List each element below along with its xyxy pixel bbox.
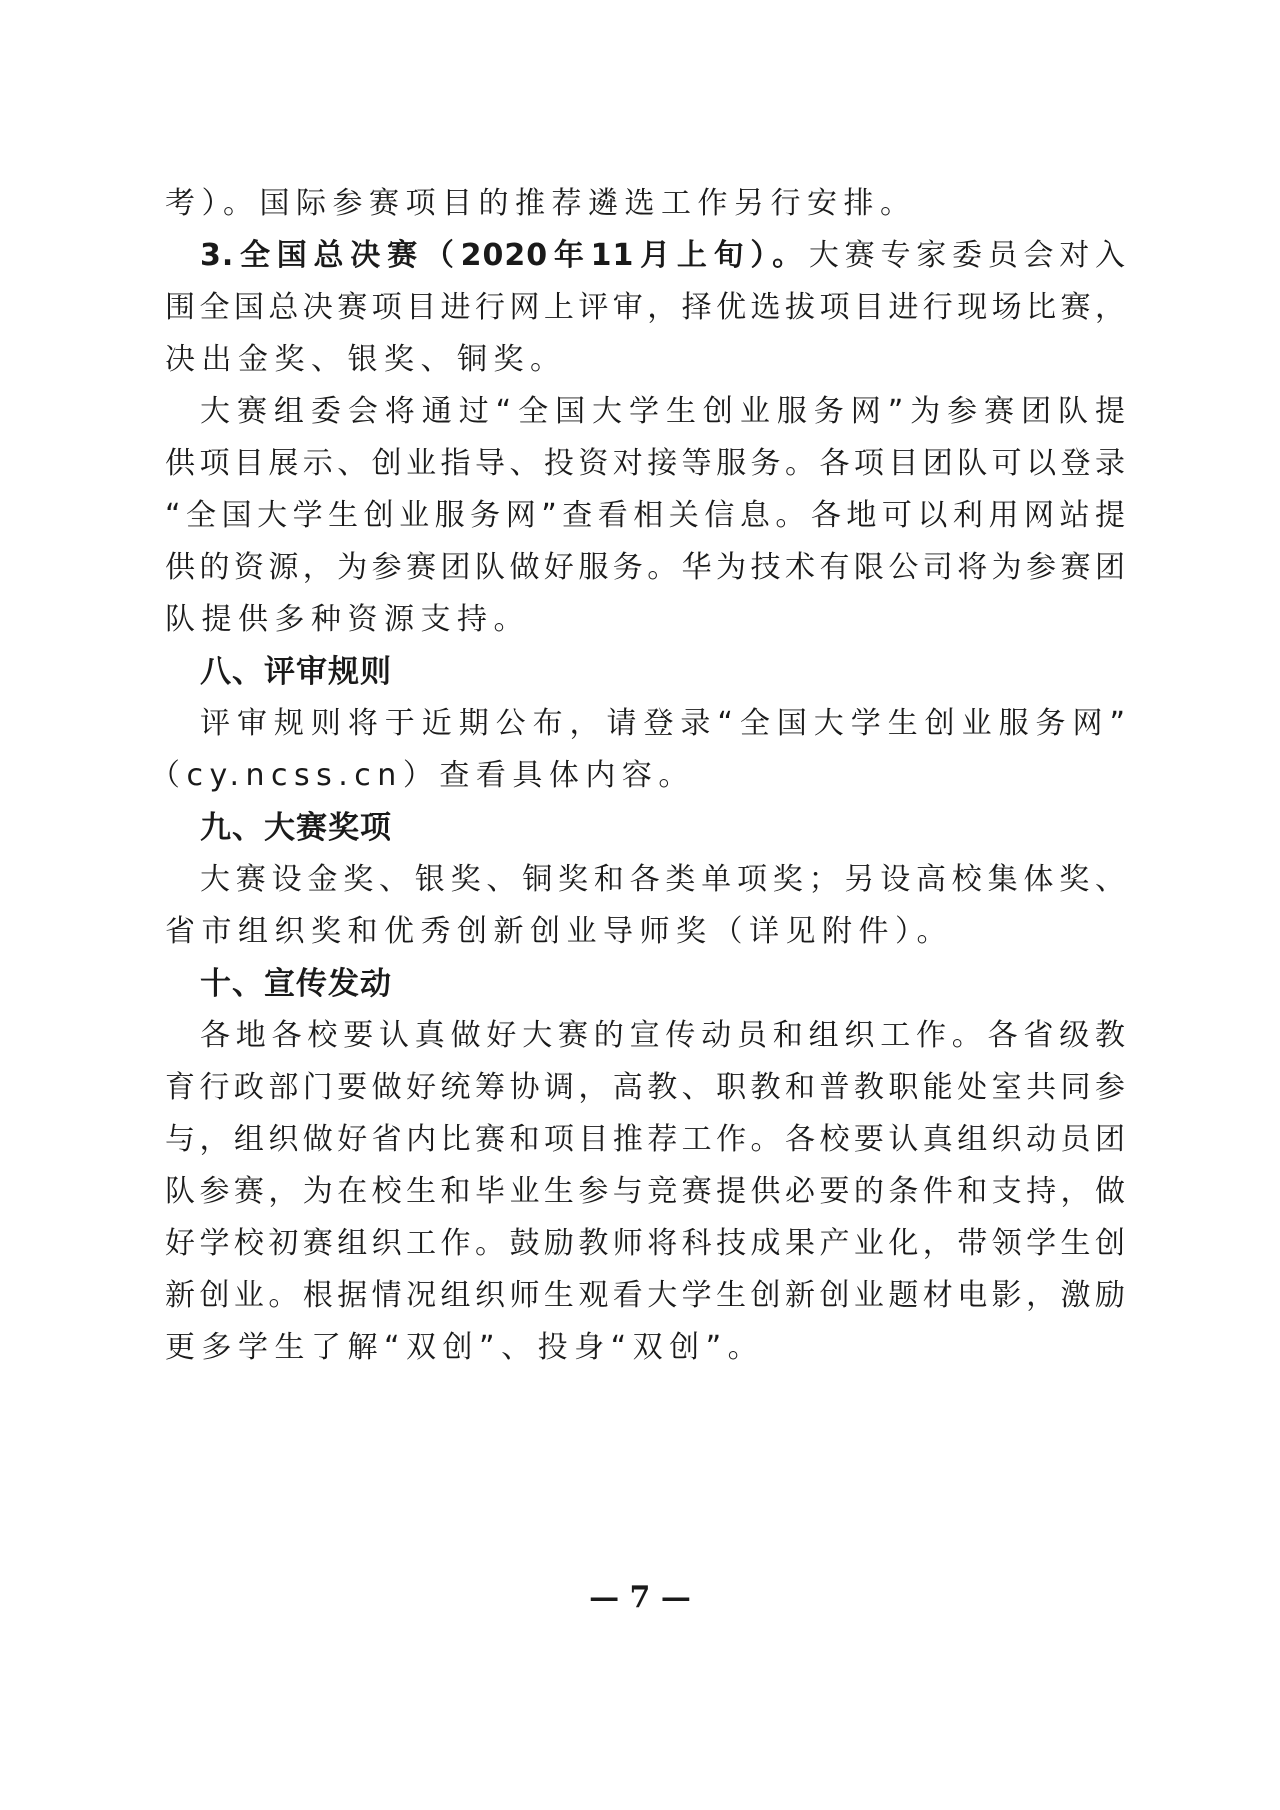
section-heading-awards: 九、大赛奖项: [200, 808, 1160, 848]
page-number: — 7 —: [0, 1578, 1280, 1618]
paragraph-line: 更多学生了解“双创”、投身“双创”。: [165, 1328, 1125, 1368]
paragraph-line: 省市组织奖和优秀创新创业导师奖（详见附件）。: [165, 912, 1125, 952]
paragraph-line: 围全国总决赛项目进行网上评审，择优选拔项目进行现场比赛，: [165, 288, 1125, 328]
paragraph-line: 供项目展示、创业指导、投资对接等服务。各项目团队可以登录: [165, 444, 1125, 484]
paragraph-line: 队参赛，为在校生和毕业生参与竞赛提供必要的条件和支持，做: [165, 1172, 1125, 1212]
paragraph-line: 好学校初赛组织工作。鼓励教师将科技成果产业化，带领学生创: [165, 1224, 1125, 1264]
paragraph-line: 3.全国总决赛（2020年11月上旬）。大赛专家委员会对入: [200, 236, 1125, 276]
paragraph-line: 大赛组委会将通过“全国大学生创业服务网”为参赛团队提: [200, 392, 1125, 432]
paragraph-line: 考）。国际参赛项目的推荐遴选工作另行安排。: [165, 184, 1125, 224]
paragraph-line: 新创业。根据情况组织师生观看大学生创新创业题材电影，激励: [165, 1276, 1125, 1316]
paragraph-line: 决出金奖、银奖、铜奖。: [165, 340, 1125, 380]
paragraph-line: 评审规则将于近期公布，请登录“全国大学生创业服务网”: [200, 704, 1125, 744]
paragraph-line: 育行政部门要做好统筹协调，高教、职教和普教职能处室共同参: [165, 1068, 1125, 1108]
paragraph-line: 各地各校要认真做好大赛的宣传动员和组织工作。各省级教: [200, 1016, 1125, 1056]
paragraph-line: 与，组织做好省内比赛和项目推荐工作。各校要认真组织动员团: [165, 1120, 1125, 1160]
section-heading-publicity: 十、宣传发动: [200, 964, 1160, 1004]
paragraph-line: “全国大学生创业服务网”查看相关信息。各地可以利用网站提: [165, 496, 1125, 536]
section-heading-review-rules: 八、评审规则: [200, 652, 1160, 692]
paragraph-line: 大赛设金奖、银奖、铜奖和各类单项奖；另设高校集体奖、: [200, 860, 1125, 900]
paragraph-line: 队提供多种资源支持。: [165, 600, 1125, 640]
paragraph-line: （cy.ncss.cn）查看具体内容。: [150, 756, 1110, 796]
subsection-title-final: 3.全国总决赛（2020年11月上旬）。: [200, 238, 809, 273]
paragraph-line: 供的资源，为参赛团队做好服务。华为技术有限公司将为参赛团: [165, 548, 1125, 588]
